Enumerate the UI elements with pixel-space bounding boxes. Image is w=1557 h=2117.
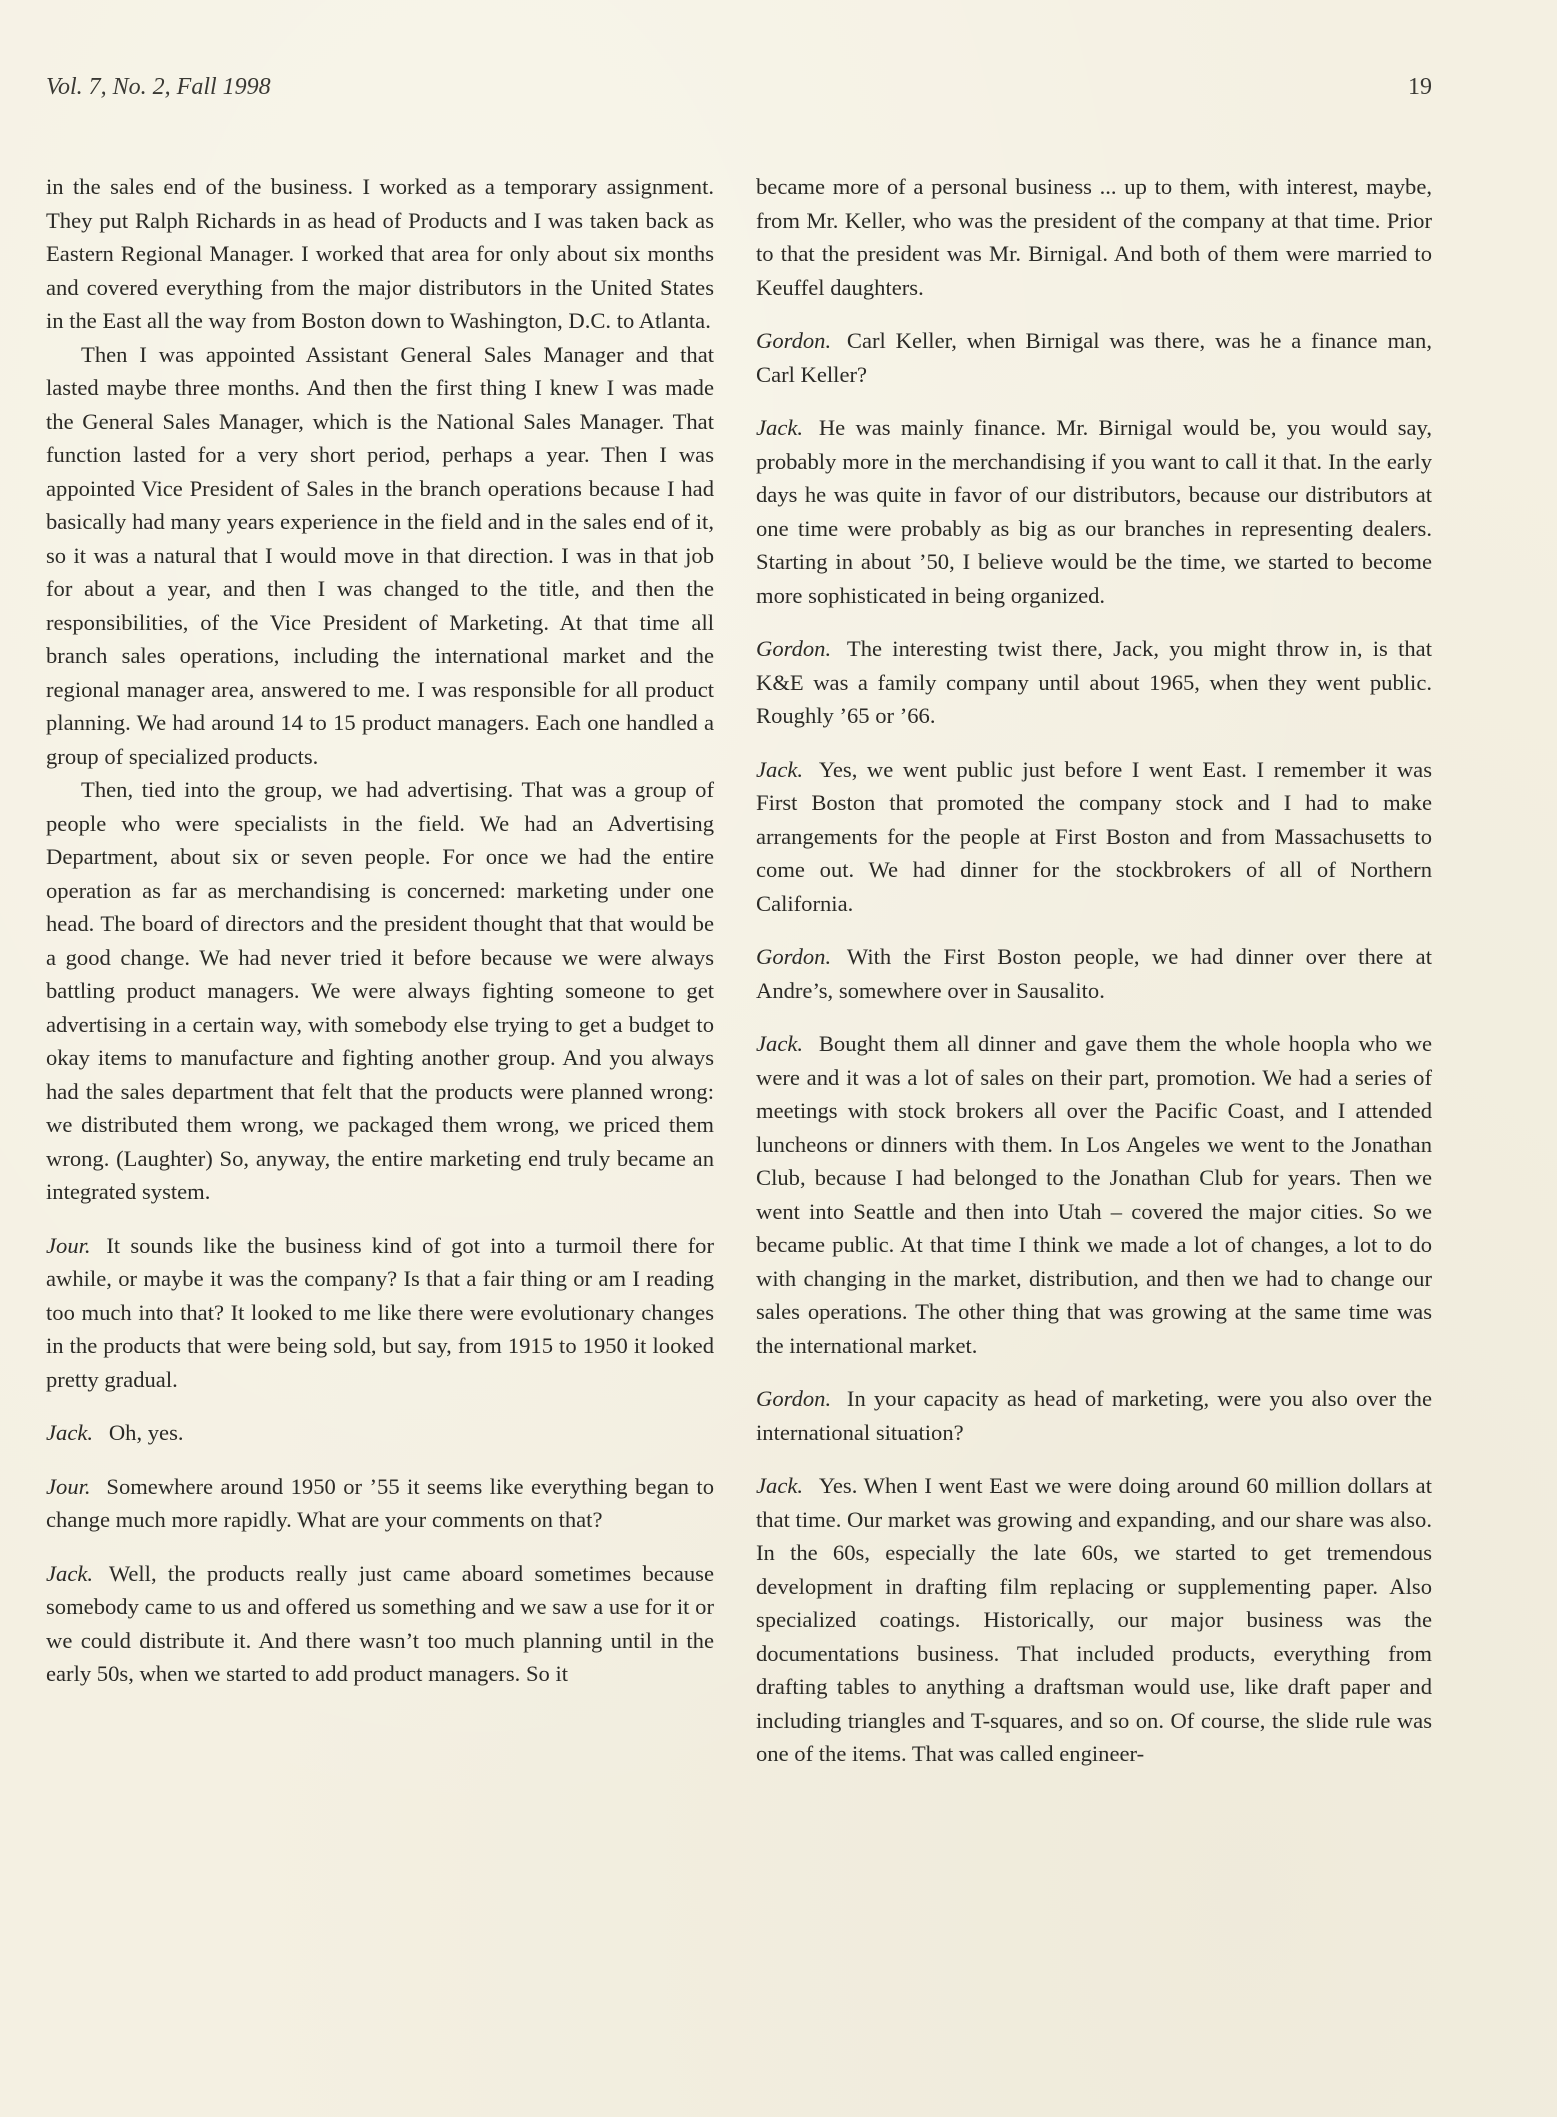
journal-page: Vol. 7, No. 2, Fall 1998 19 in the sales… <box>0 0 1557 2117</box>
speech-text: He was mainly finance. Mr. Birnigal woul… <box>756 415 1432 608</box>
interview-exchange: Jack.Oh, yes. <box>46 1416 714 1450</box>
speaker-label: Jack. <box>756 1473 803 1498</box>
speech-text: With the First Boston people, we had din… <box>756 944 1432 1003</box>
interview-exchange: Jack.Bought them all dinner and gave the… <box>756 1027 1432 1362</box>
speech-text: Somewhere around 1950 or ’55 it seems li… <box>46 1474 714 1533</box>
paragraph: became more of a personal business ... u… <box>756 170 1432 304</box>
interview-exchange: Jour.Somewhere around 1950 or ’55 it see… <box>46 1470 714 1537</box>
speaker-label: Jack. <box>756 757 803 782</box>
speech-text: Bought them all dinner and gave them the… <box>756 1031 1432 1358</box>
speech-text: In your capacity as head of marketing, w… <box>756 1386 1432 1445</box>
speaker-label: Jour. <box>46 1474 91 1499</box>
interview-exchange: Jack.Yes. When I went East we were doing… <box>756 1469 1432 1771</box>
speech-text: It sounds like the business kind of got … <box>46 1233 714 1392</box>
interview-exchange: Gordon.Carl Keller, when Birnigal was th… <box>756 324 1432 391</box>
speech-text: Yes. When I went East we were doing arou… <box>756 1473 1432 1766</box>
speaker-label: Jack. <box>46 1561 93 1586</box>
journal-issue: Vol. 7, No. 2, Fall 1998 <box>46 74 271 101</box>
speech-text: Oh, yes. <box>109 1420 184 1445</box>
speaker-label: Gordon. <box>756 1386 831 1411</box>
speech-text: Well, the products really just came aboa… <box>46 1561 714 1687</box>
speech-text: Carl Keller, when Birnigal was there, wa… <box>756 328 1432 387</box>
paragraph: Then, tied into the group, we had advert… <box>46 773 714 1209</box>
speech-text: The interesting twist there, Jack, you m… <box>756 636 1432 728</box>
page-number: 19 <box>1408 74 1432 101</box>
interview-exchange: Gordon.With the First Boston people, we … <box>756 940 1432 1007</box>
speaker-label: Jour. <box>46 1233 91 1258</box>
interview-exchange: Jack.Yes, we went public just before I w… <box>756 753 1432 921</box>
speaker-label: Gordon. <box>756 944 831 969</box>
running-head: Vol. 7, No. 2, Fall 1998 19 <box>46 74 1432 108</box>
speech-text: Yes, we went public just before I went E… <box>756 757 1432 916</box>
speaker-label: Jack. <box>46 1420 93 1445</box>
paragraph: in the sales end of the business. I work… <box>46 170 714 338</box>
speaker-label: Jack. <box>756 1031 803 1056</box>
speaker-label: Gordon. <box>756 636 831 661</box>
speaker-label: Gordon. <box>756 328 831 353</box>
paragraph: Then I was appointed Assistant General S… <box>46 338 714 774</box>
interview-exchange: Gordon.In your capacity as head of marke… <box>756 1382 1432 1449</box>
speaker-label: Jack. <box>756 415 803 440</box>
right-column: became more of a personal business ... u… <box>756 170 1432 1771</box>
interview-exchange: Jack.He was mainly finance. Mr. Birnigal… <box>756 411 1432 612</box>
interview-exchange: Jack.Well, the products really just came… <box>46 1557 714 1691</box>
interview-exchange: Jour.It sounds like the business kind of… <box>46 1229 714 1397</box>
left-column: in the sales end of the business. I work… <box>46 170 714 1691</box>
interview-exchange: Gordon.The interesting twist there, Jack… <box>756 632 1432 733</box>
